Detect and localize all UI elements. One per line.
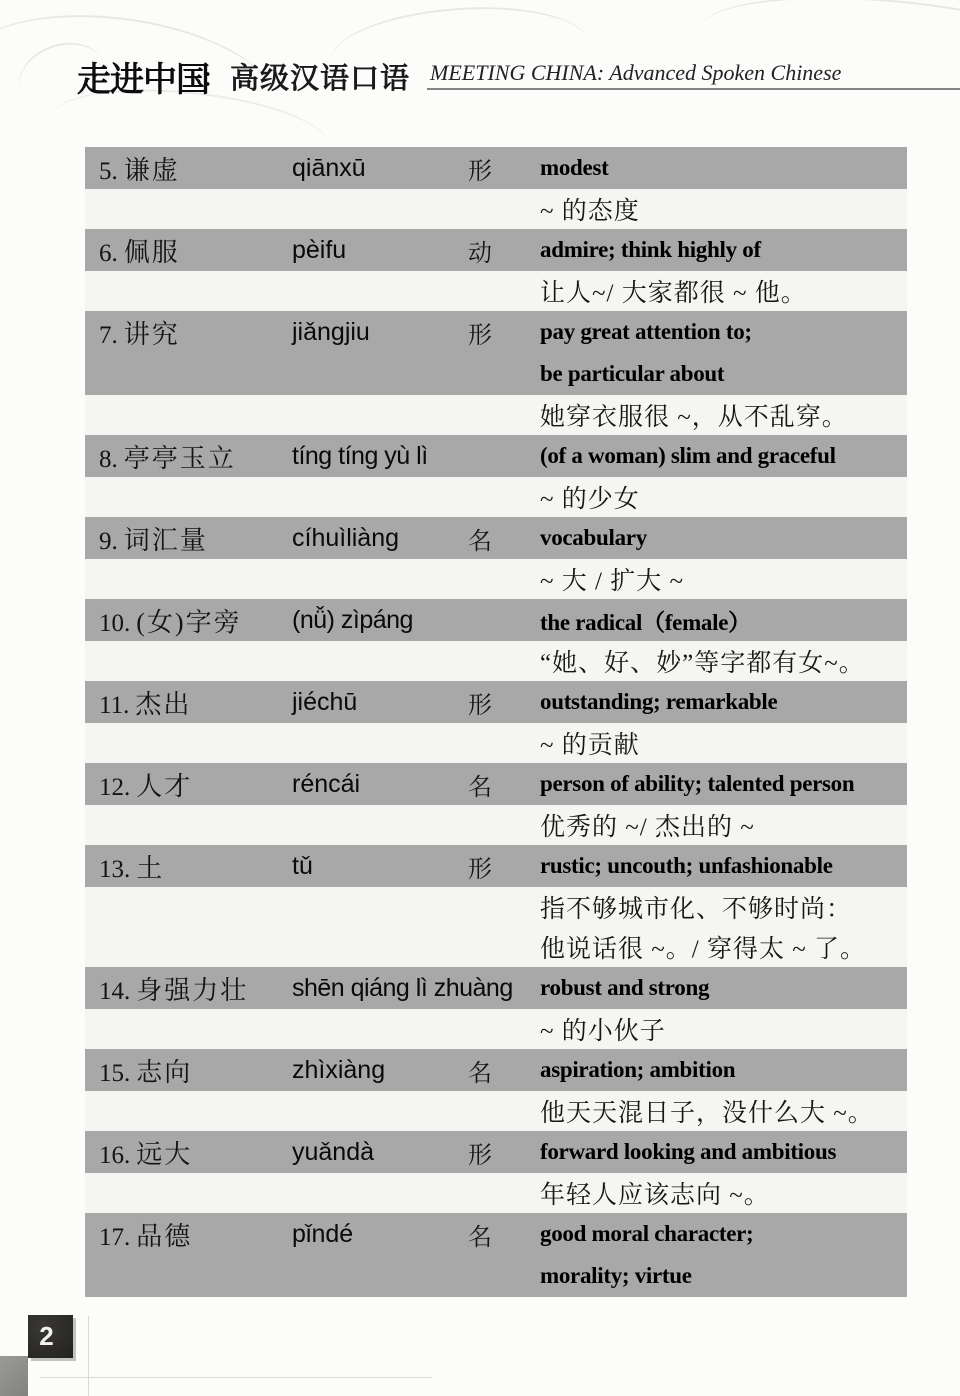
entry-definition: morality; virtue bbox=[540, 1263, 907, 1289]
book-logo: 走进中国 bbox=[77, 52, 209, 101]
entry-example: 他说话很 ~。/ 穿得太 ~ 了。 bbox=[540, 929, 866, 965]
entry-term: 11.杰出 bbox=[85, 684, 292, 721]
entry-term: 8.亭亭玉立 bbox=[85, 438, 292, 475]
entry-hanzi: 远大 bbox=[136, 1140, 192, 1169]
vocab-row-band: 17.品德pǐndé名good moral character;morality… bbox=[85, 1213, 907, 1297]
entry-example: 年轻人应该志向 ~。 bbox=[540, 1175, 770, 1211]
entry-hanzi: 品德 bbox=[136, 1222, 192, 1251]
entry-example-line: 他说话很 ~。/ 穿得太 ~ 了。 bbox=[85, 927, 907, 967]
entry-pos: 形 bbox=[442, 151, 540, 186]
vocab-line: 16.远大yuǎndà形forward looking and ambitiou… bbox=[85, 1131, 907, 1173]
vocab-line: 8.亭亭玉立tíng tíng yù lì(of a woman) slim a… bbox=[85, 435, 907, 477]
entry-hanzi: (女)字旁 bbox=[136, 608, 241, 637]
vocab-line: 12.人才réncái名person of ability; talented … bbox=[85, 763, 907, 805]
entry-pos: 形 bbox=[442, 849, 540, 884]
entry-example: ~ 的态度 bbox=[540, 191, 640, 227]
entry-pos: 名 bbox=[442, 1217, 540, 1252]
vocab-row-band: 6.佩服pèifu动admire; think highly of bbox=[85, 229, 907, 271]
vocab-line: 15.志向zhìxiàng名aspiration; ambition bbox=[85, 1049, 907, 1091]
entry-definition: outstanding; remarkable bbox=[540, 689, 907, 715]
vocab-line: morality; virtue bbox=[85, 1255, 907, 1297]
vocab-row-band: 9.词汇量cíhuìliàng名vocabulary bbox=[85, 517, 907, 559]
vocab-row-band: 5.谦虚qiānxū形modest bbox=[85, 147, 907, 189]
entry-number: 17. bbox=[99, 1224, 130, 1251]
entry-example-line: “她、好、妙”等字都有女~。 bbox=[85, 641, 907, 681]
entry-number: 12. bbox=[99, 774, 130, 801]
entry-pinyin: jiéchū bbox=[292, 688, 442, 717]
vocab-line: 6.佩服pèifu动admire; think highly of bbox=[85, 229, 907, 271]
page-number: 2 bbox=[39, 1321, 53, 1352]
vocab-row: 12.人才réncái名person of ability; talented … bbox=[85, 763, 907, 845]
entry-example-line: 她穿衣服很 ~，从不乱穿。 bbox=[85, 395, 907, 435]
entry-term: 10.(女)字旁 bbox=[85, 602, 292, 639]
vocab-line: 13.土tǔ形rustic; uncouth; unfashionable bbox=[85, 845, 907, 887]
entry-term: 16.远大 bbox=[85, 1134, 292, 1171]
vocab-row: 17.品德pǐndé名good moral character;morality… bbox=[85, 1213, 907, 1297]
vocab-row: 7.讲究jiǎngjiu形pay great attention to;be p… bbox=[85, 311, 907, 435]
entry-hanzi: 身强力壮 bbox=[136, 976, 248, 1005]
entry-pos: 形 bbox=[442, 1135, 540, 1170]
entry-pinyin: réncái bbox=[292, 770, 442, 799]
entry-pinyin: tǔ bbox=[292, 852, 442, 881]
entry-example-line: ~ 的少女 bbox=[85, 477, 907, 517]
entry-example-line: 指不够城市化、不够时尚： bbox=[85, 887, 907, 927]
entry-number: 14. bbox=[99, 978, 130, 1005]
corner-gray-block bbox=[0, 1356, 28, 1396]
entry-number: 11. bbox=[99, 692, 129, 719]
entry-number: 16. bbox=[99, 1142, 130, 1169]
entry-example: 让人~/ 大家都很 ~ 他。 bbox=[540, 273, 807, 309]
entry-hanzi: 志向 bbox=[136, 1058, 192, 1087]
entry-example: 指不够城市化、不够时尚： bbox=[540, 889, 852, 925]
entry-example-line: ~ 的贡献 bbox=[85, 723, 907, 763]
entry-number: 6. bbox=[99, 240, 118, 267]
entry-definition: rustic; uncouth; unfashionable bbox=[540, 853, 907, 879]
entry-example: “她、好、妙”等字都有女~。 bbox=[540, 643, 865, 679]
entry-example: 她穿衣服很 ~，从不乱穿。 bbox=[540, 397, 848, 433]
entry-term: 13.土 bbox=[85, 848, 292, 885]
entry-pinyin: qiānxū bbox=[292, 154, 442, 183]
entry-number: 7. bbox=[99, 322, 118, 349]
entry-hanzi: 谦虚 bbox=[124, 156, 180, 185]
entry-hanzi: 亭亭玉立 bbox=[124, 444, 236, 473]
scan-artifact-line bbox=[88, 1316, 89, 1396]
logo-separator: ： bbox=[202, 58, 226, 93]
entry-definition: good moral character; bbox=[540, 1221, 907, 1247]
entry-pinyin: pǐndé bbox=[292, 1220, 442, 1249]
entry-pos: 形 bbox=[442, 685, 540, 720]
entry-example: ~ 大 / 扩大 ~ bbox=[540, 561, 684, 597]
scanned-textbook-page: 走进中国 ： 高级汉语口语 MEETING CHINA: Advanced Sp… bbox=[0, 0, 960, 1396]
entry-pinyin: yuǎndà bbox=[292, 1138, 442, 1167]
entry-example-line: 让人~/ 大家都很 ~ 他。 bbox=[85, 271, 907, 311]
entry-pinyin: pèifu bbox=[292, 236, 442, 265]
vocab-row-band: 8.亭亭玉立tíng tíng yù lì(of a woman) slim a… bbox=[85, 435, 907, 477]
entry-definition: the radical（female） bbox=[540, 604, 907, 637]
vocab-row: 11.杰出jiéchū形outstanding; remarkable~ 的贡献 bbox=[85, 681, 907, 763]
entry-term: 5.谦虚 bbox=[85, 150, 292, 187]
entry-definition: aspiration; ambition bbox=[540, 1057, 907, 1083]
entry-definition: (of a woman) slim and graceful bbox=[540, 443, 907, 469]
vocab-line: 9.词汇量cíhuìliàng名vocabulary bbox=[85, 517, 907, 559]
vocab-table: 5.谦虚qiānxū形modest~ 的态度6.佩服pèifu动admire; … bbox=[85, 147, 907, 1297]
header-rule bbox=[427, 88, 960, 90]
entry-term: 7.讲究 bbox=[85, 314, 292, 351]
entry-term: 12.人才 bbox=[85, 766, 292, 803]
entry-definition: vocabulary bbox=[540, 525, 907, 551]
entry-hanzi: 杰出 bbox=[135, 690, 191, 719]
entry-pinyin: cíhuìliàng bbox=[292, 524, 442, 553]
vocab-row-band: 15.志向zhìxiàng名aspiration; ambition bbox=[85, 1049, 907, 1091]
entry-term: 17.品德 bbox=[85, 1216, 292, 1253]
entry-pos: 名 bbox=[442, 767, 540, 802]
entry-number: 8. bbox=[99, 446, 118, 473]
page-number-badge: 2 bbox=[28, 1315, 73, 1358]
entry-term: 14.身强力壮 bbox=[85, 970, 292, 1007]
entry-hanzi: 词汇量 bbox=[124, 526, 208, 555]
vocab-line: 14.身强力壮shēn qiáng lì zhuàngrobust and st… bbox=[85, 967, 907, 1009]
vocab-row-band: 13.土tǔ形rustic; uncouth; unfashionable bbox=[85, 845, 907, 887]
entry-term: 15.志向 bbox=[85, 1052, 292, 1089]
entry-example: 优秀的 ~/ 杰出的 ~ bbox=[540, 807, 755, 843]
vocab-row: 6.佩服pèifu动admire; think highly of让人~/ 大家… bbox=[85, 229, 907, 311]
entry-example: 他天天混日子，没什么大 ~。 bbox=[540, 1093, 874, 1129]
scan-artifact-line bbox=[40, 1377, 432, 1378]
vocab-row-band: 16.远大yuǎndà形forward looking and ambitiou… bbox=[85, 1131, 907, 1173]
vocab-row: 16.远大yuǎndà形forward looking and ambitiou… bbox=[85, 1131, 907, 1213]
entry-number: 15. bbox=[99, 1060, 130, 1087]
book-subtitle-chinese: 高级汉语口语 bbox=[230, 56, 410, 97]
entry-example: ~ 的小伙子 bbox=[540, 1011, 666, 1047]
entry-example-line: 年轻人应该志向 ~。 bbox=[85, 1173, 907, 1213]
entry-example-line: 优秀的 ~/ 杰出的 ~ bbox=[85, 805, 907, 845]
entry-definition: pay great attention to; bbox=[540, 319, 907, 345]
entry-hanzi: 土 bbox=[136, 854, 164, 883]
vocab-row: 9.词汇量cíhuìliàng名vocabulary~ 大 / 扩大 ~ bbox=[85, 517, 907, 599]
vocab-row: 15.志向zhìxiàng名aspiration; ambition他天天混日子… bbox=[85, 1049, 907, 1131]
vocab-row-band: 14.身强力壮shēn qiáng lì zhuàngrobust and st… bbox=[85, 967, 907, 1009]
entry-definition: person of ability; talented person bbox=[540, 771, 907, 797]
entry-pos: 动 bbox=[442, 233, 540, 268]
book-title-english: MEETING CHINA: Advanced Spoken Chinese bbox=[430, 60, 841, 86]
entry-pos: 名 bbox=[442, 1053, 540, 1088]
vocab-row-band: 10.(女)字旁(nǚ) zìpángthe radical（female） bbox=[85, 599, 907, 641]
vocab-line: 11.杰出jiéchū形outstanding; remarkable bbox=[85, 681, 907, 723]
entry-example: ~ 的少女 bbox=[540, 479, 640, 515]
entry-definition: be particular about bbox=[540, 361, 907, 387]
entry-example-line: ~ 的小伙子 bbox=[85, 1009, 907, 1049]
entry-hanzi: 讲究 bbox=[124, 320, 180, 349]
entry-definition: robust and strong bbox=[540, 975, 907, 1001]
entry-definition: forward looking and ambitious bbox=[540, 1139, 907, 1165]
entry-example-line: 他天天混日子，没什么大 ~。 bbox=[85, 1091, 907, 1131]
entry-example-line: ~ 大 / 扩大 ~ bbox=[85, 559, 907, 599]
vocab-row: 13.土tǔ形rustic; uncouth; unfashionable指不够… bbox=[85, 845, 907, 967]
vocab-row-band: 12.人才réncái名person of ability; talented … bbox=[85, 763, 907, 805]
entry-hanzi: 人才 bbox=[136, 772, 192, 801]
entry-pos: 名 bbox=[442, 521, 540, 556]
vocab-row: 10.(女)字旁(nǚ) zìpángthe radical（female）“她… bbox=[85, 599, 907, 681]
entry-example-line: ~ 的态度 bbox=[85, 189, 907, 229]
entry-number: 10. bbox=[99, 610, 130, 637]
vocab-row-band: 7.讲究jiǎngjiu形pay great attention to;be p… bbox=[85, 311, 907, 395]
vocab-row-band: 11.杰出jiéchū形outstanding; remarkable bbox=[85, 681, 907, 723]
entry-definition: modest bbox=[540, 155, 907, 181]
vocab-line: 7.讲究jiǎngjiu形pay great attention to; bbox=[85, 311, 907, 353]
entry-pinyin: jiǎngjiu bbox=[292, 318, 442, 347]
entry-number: 13. bbox=[99, 856, 130, 883]
entry-example: ~ 的贡献 bbox=[540, 725, 640, 761]
scan-artifact-curve bbox=[697, 0, 960, 106]
entry-pinyin: shēn qiáng lì zhuàng bbox=[292, 974, 540, 1003]
vocab-line: 17.品德pǐndé名good moral character; bbox=[85, 1213, 907, 1255]
entry-pinyin: zhìxiàng bbox=[292, 1056, 442, 1085]
entry-pinyin: (nǚ) zìpáng bbox=[292, 606, 540, 635]
vocab-line: be particular about bbox=[85, 353, 907, 395]
vocab-row: 14.身强力壮shēn qiáng lì zhuàngrobust and st… bbox=[85, 967, 907, 1049]
entry-term: 9.词汇量 bbox=[85, 520, 292, 557]
entry-term: 6.佩服 bbox=[85, 232, 292, 269]
entry-number: 9. bbox=[99, 528, 118, 555]
entry-number: 5. bbox=[99, 158, 118, 185]
vocab-line: 10.(女)字旁(nǚ) zìpángthe radical（female） bbox=[85, 599, 907, 641]
vocab-line: 5.谦虚qiānxū形modest bbox=[85, 147, 907, 189]
vocab-row: 5.谦虚qiānxū形modest~ 的态度 bbox=[85, 147, 907, 229]
entry-definition: admire; think highly of bbox=[540, 237, 907, 263]
vocab-row: 8.亭亭玉立tíng tíng yù lì(of a woman) slim a… bbox=[85, 435, 907, 517]
entry-hanzi: 佩服 bbox=[124, 238, 180, 267]
entry-pos: 形 bbox=[442, 315, 540, 350]
entry-pinyin: tíng tíng yù lì bbox=[292, 442, 540, 471]
